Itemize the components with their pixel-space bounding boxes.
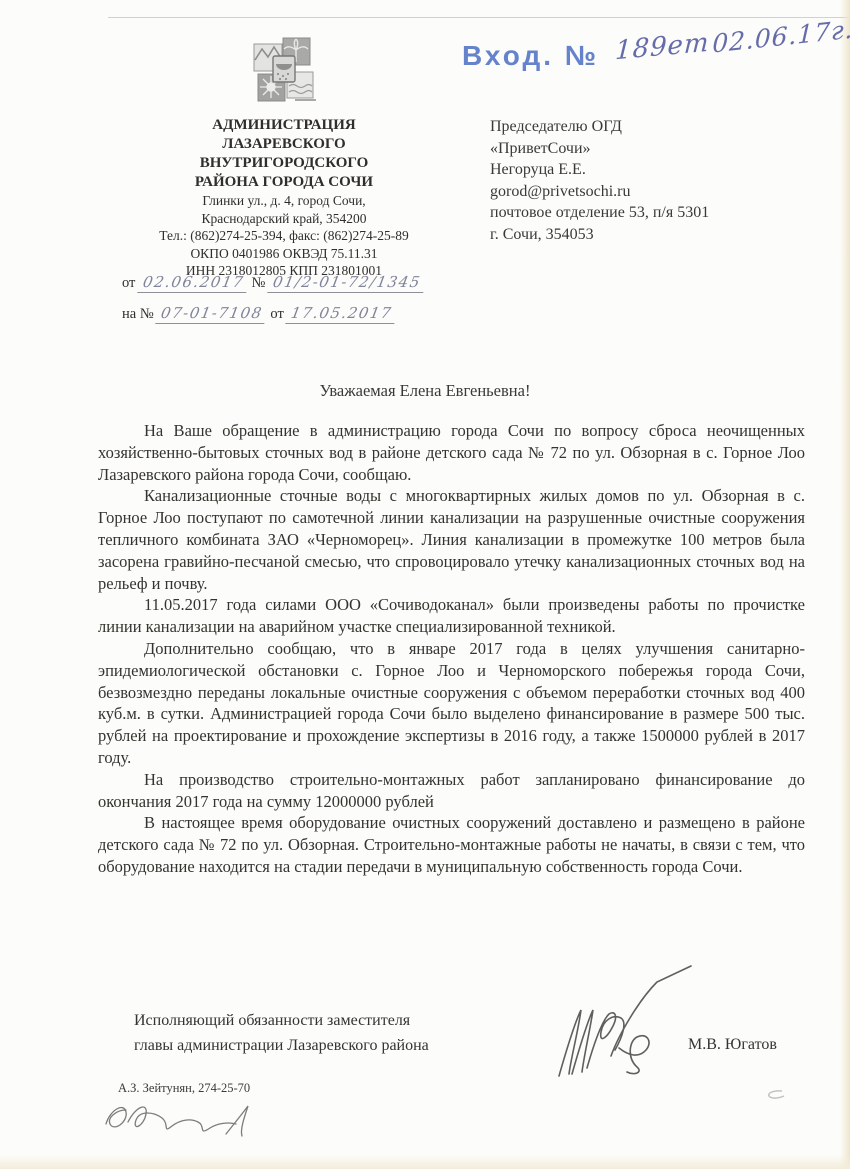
recipient-block: Председателю ОГД «ПриветСочи» Негоруца Е… — [490, 116, 709, 245]
incoming-stamp-date-handwritten: 02.06.17г. — [712, 14, 850, 58]
reply-ref-row: на № 07-01-7108 от 17.05.2017 — [122, 304, 462, 324]
body-paragraph: На производство строительно-монтажных ра… — [98, 769, 805, 813]
salutation: Уважаемая Елена Евгеньевна! — [0, 381, 850, 401]
outgoing-number-handwritten: 01/2-01-72/1345 — [267, 273, 426, 293]
scanned-letter-page: Вход. № 189ет 02.06.17г. — [0, 0, 850, 1169]
org-name-line: АДМИНИСТРАЦИЯ — [108, 116, 460, 135]
org-address-line: Тел.: (862)274-25-394, факс: (862)274-25… — [108, 227, 460, 245]
executor-signature-scribble — [98, 1090, 268, 1150]
reply-date-handwritten: 17.05.2017 — [286, 304, 398, 324]
recipient-line: Председателю ОГД — [490, 116, 709, 138]
reference-block: от 02.06.2017 № 01/2-01-72/1345 на № 07-… — [122, 273, 462, 335]
scan-pencil-mark — [760, 1086, 790, 1106]
scan-edge-line — [108, 17, 850, 18]
recipient-line: gorod@privetsochi.ru — [490, 181, 709, 203]
recipient-line: г. Сочи, 354053 — [490, 224, 709, 246]
signer-position-line: Исполняющий обязанности заместителя — [134, 1008, 429, 1033]
signature-scribble — [545, 964, 710, 1084]
reply-from-label: от — [270, 306, 283, 322]
org-address-line: Краснодарский край, 354200 — [108, 210, 460, 228]
number-label: № — [252, 275, 266, 291]
outgoing-ref-row: от 02.06.2017 № 01/2-01-72/1345 — [122, 273, 462, 293]
body-paragraph: На Ваше обращение в администрацию города… — [98, 420, 805, 485]
recipient-line: Негоруца Е.Е. — [490, 159, 709, 181]
from-label: от — [122, 275, 135, 291]
reply-number-handwritten: 07-01-7108 — [156, 304, 269, 324]
letter-body: На Ваше обращение в администрацию города… — [98, 420, 805, 878]
org-address-line: ОКПО 0401986 ОКВЭД 75.11.31 — [108, 245, 460, 263]
signer-position: Исполняющий обязанности заместителя глав… — [134, 1008, 429, 1058]
org-address-line: Глинки ул., д. 4, город Сочи, — [108, 192, 460, 210]
incoming-stamp-number-handwritten: 189ет — [614, 28, 710, 67]
reply-to-label: на № — [122, 306, 154, 322]
scan-edge-tint-bottom — [0, 1155, 850, 1169]
signer-name: М.В. Югатов — [688, 1036, 777, 1054]
recipient-line: почтовое отделение 53, п/я 5301 — [490, 202, 709, 224]
body-paragraph: Канализационные сточные воды с многоквар… — [98, 485, 805, 594]
body-paragraph: В настоящее время оборудование очистных … — [98, 812, 805, 877]
scan-edge-tint-right — [840, 0, 850, 1169]
body-paragraph: 11.05.2017 года силами ООО «Сочиводокана… — [98, 594, 805, 638]
incoming-stamp-label: Вход. № — [462, 40, 599, 72]
sochi-coat-of-arms-icon — [242, 34, 326, 114]
outgoing-date-handwritten: 02.06.2017 — [137, 273, 249, 293]
org-name-line: РАЙОНА ГОРОДА СОЧИ — [108, 173, 460, 192]
recipient-line: «ПриветСочи» — [490, 138, 709, 160]
signer-position-line: главы администрации Лазаревского района — [134, 1033, 429, 1058]
org-name-line: ЛАЗАРЕВСКОГО — [108, 135, 460, 154]
body-paragraph: Дополнительно сообщаю, что в январе 2017… — [98, 638, 805, 769]
letterhead: АДМИНИСТРАЦИЯ ЛАЗАРЕВСКОГО ВНУТРИГОРОДСК… — [108, 34, 460, 280]
org-name-line: ВНУТРИГОРОДСКОГО — [108, 154, 460, 173]
